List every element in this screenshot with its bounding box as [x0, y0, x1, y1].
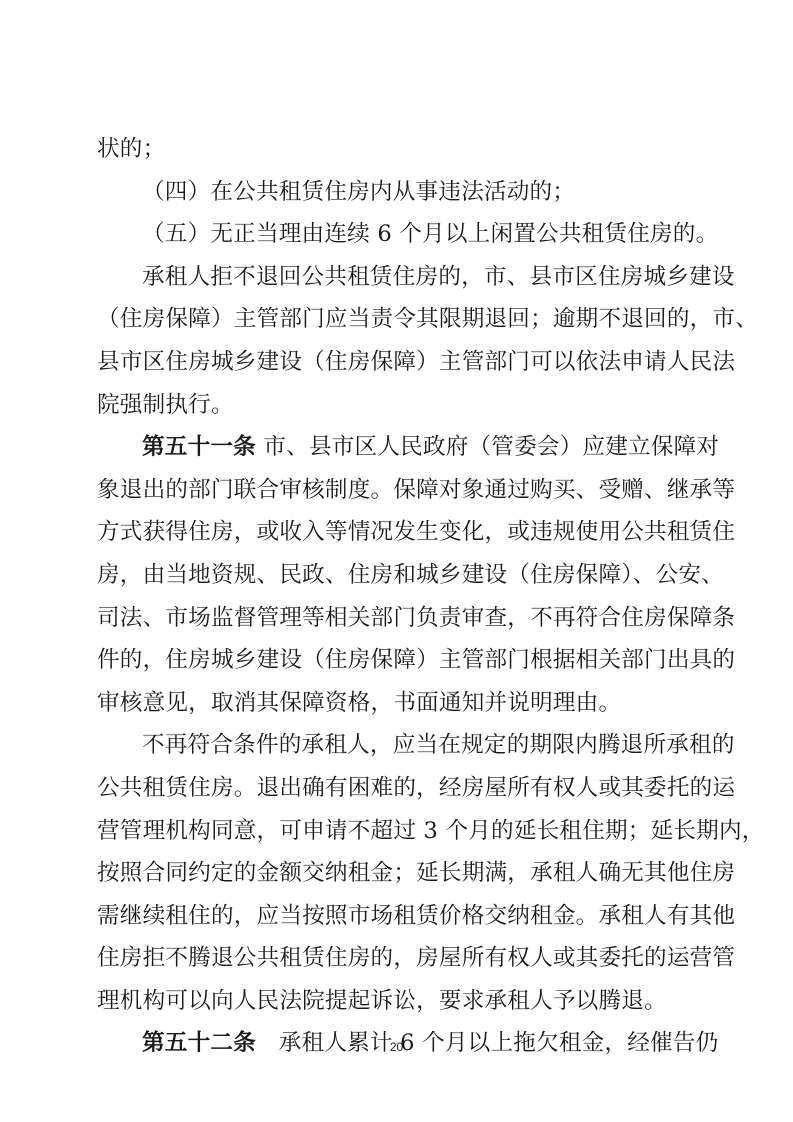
- line-text: 院强制执行。: [97, 392, 234, 418]
- text-line: 象退出的部门联合审核制度。保障对象通过购买、受赠、继承等: [97, 469, 705, 512]
- line-text: 县市区住房城乡建设（住房保障）主管部门可以依法申请人民法: [97, 349, 735, 375]
- text-line: 需继续租住的，应当按照市场租赁价格交纳租金。承租人有其他: [97, 895, 705, 938]
- list-item-5: （五）无正当理由连续 6 个月以上闲置公共租赁住房的。: [97, 213, 705, 256]
- line-text: 方式获得住房，或收入等情况发生变化，或违规使用公共租赁住: [97, 519, 735, 545]
- page-number: 20: [0, 1040, 793, 1054]
- article-number: 第五十一条: [142, 434, 256, 460]
- line-text: 不再符合条件的承租人，应当在规定的期限内腾退所承租的: [142, 732, 735, 758]
- line-text: （五）无正当理由连续 6 个月以上闲置公共租赁住房的。: [142, 221, 718, 247]
- line-text: 房，由当地资规、民政、住房和城乡建设（住房保障）、公安、: [97, 562, 724, 588]
- line-text: 件的，住房城乡建设（住房保障）主管部门根据相关部门出具的: [97, 647, 735, 673]
- line-text: （四）在公共租赁住房内从事违法活动的；: [142, 179, 575, 205]
- document-page: 状的； （四）在公共租赁住房内从事违法活动的； （五）无正当理由连续 6 个月以…: [0, 0, 793, 1122]
- text-line: （住房保障）主管部门应当责令其限期退回；逾期不退回的，市、: [97, 298, 705, 341]
- text-line: 审核意见，取消其保障资格，书面通知并说明理由。: [97, 682, 705, 725]
- text-line: 公共租赁住房。退出确有困难的，经房屋所有权人或其委托的运: [97, 767, 705, 810]
- text-line: 不再符合条件的承租人，应当在规定的期限内腾退所承租的: [97, 724, 705, 767]
- text-line: 承租人拒不退回公共租赁住房的，市、县市区住房城乡建设: [97, 256, 705, 299]
- text-line: 院强制执行。: [97, 384, 705, 427]
- line-text: 承租人拒不退回公共租赁住房的，市、县市区住房城乡建设: [142, 264, 735, 290]
- article-51-heading-line: 第五十一条 市、县市区人民政府（管委会）应建立保障对: [97, 426, 705, 469]
- line-text: 状的；: [97, 136, 165, 162]
- text-line: 方式获得住房，或收入等情况发生变化，或违规使用公共租赁住: [97, 511, 705, 554]
- text-line: 司法、市场监督管理等相关部门负责审查，不再符合住房保障条: [97, 597, 705, 640]
- line-text: 公共租赁住房。退出确有困难的，经房屋所有权人或其委托的运: [97, 775, 735, 801]
- text-line: 按照合同约定的金额交纳租金；延长期满，承租人确无其他住房: [97, 852, 705, 895]
- body-text: 状的； （四）在公共租赁住房内从事违法活动的； （五）无正当理由连续 6 个月以…: [97, 128, 705, 1065]
- line-text: 司法、市场监督管理等相关部门负责审查，不再符合住房保障条: [97, 605, 735, 631]
- line-text: 市、县市区人民政府（管委会）应建立保障对: [256, 434, 719, 460]
- text-line: 县市区住房城乡建设（住房保障）主管部门可以依法申请人民法: [97, 341, 705, 384]
- line-text: 住房拒不腾退公共租赁住房的，房屋所有权人或其委托的运营管: [97, 945, 735, 971]
- line-text: 营管理机构同意，可申请不超过 3 个月的延长租住期；延长期内，: [97, 818, 765, 844]
- text-line: 营管理机构同意，可申请不超过 3 个月的延长租住期；延长期内，: [97, 810, 705, 853]
- text-line: 理机构可以向人民法院提起诉讼，要求承租人予以腾退。: [97, 980, 705, 1023]
- line-text: 理机构可以向人民法院提起诉讼，要求承租人予以腾退。: [97, 988, 667, 1014]
- line-text: （住房保障）主管部门应当责令其限期退回；逾期不退回的，市、: [97, 306, 758, 332]
- list-item-4: （四）在公共租赁住房内从事违法活动的；: [97, 171, 705, 214]
- text-line: 房，由当地资规、民政、住房和城乡建设（住房保障）、公安、: [97, 554, 705, 597]
- line-text: 象退出的部门联合审核制度。保障对象通过购买、受赠、继承等: [97, 477, 735, 503]
- line-text: 按照合同约定的金额交纳租金；延长期满，承租人确无其他住房: [97, 860, 735, 886]
- line-text: 需继续租住的，应当按照市场租赁价格交纳租金。承租人有其他: [97, 903, 735, 929]
- text-line: 住房拒不腾退公共租赁住房的，房屋所有权人或其委托的运营管: [97, 937, 705, 980]
- text-line: 状的；: [97, 128, 705, 171]
- text-line: 件的，住房城乡建设（住房保障）主管部门根据相关部门出具的: [97, 639, 705, 682]
- line-text: 审核意见，取消其保障资格，书面通知并说明理由。: [97, 690, 621, 716]
